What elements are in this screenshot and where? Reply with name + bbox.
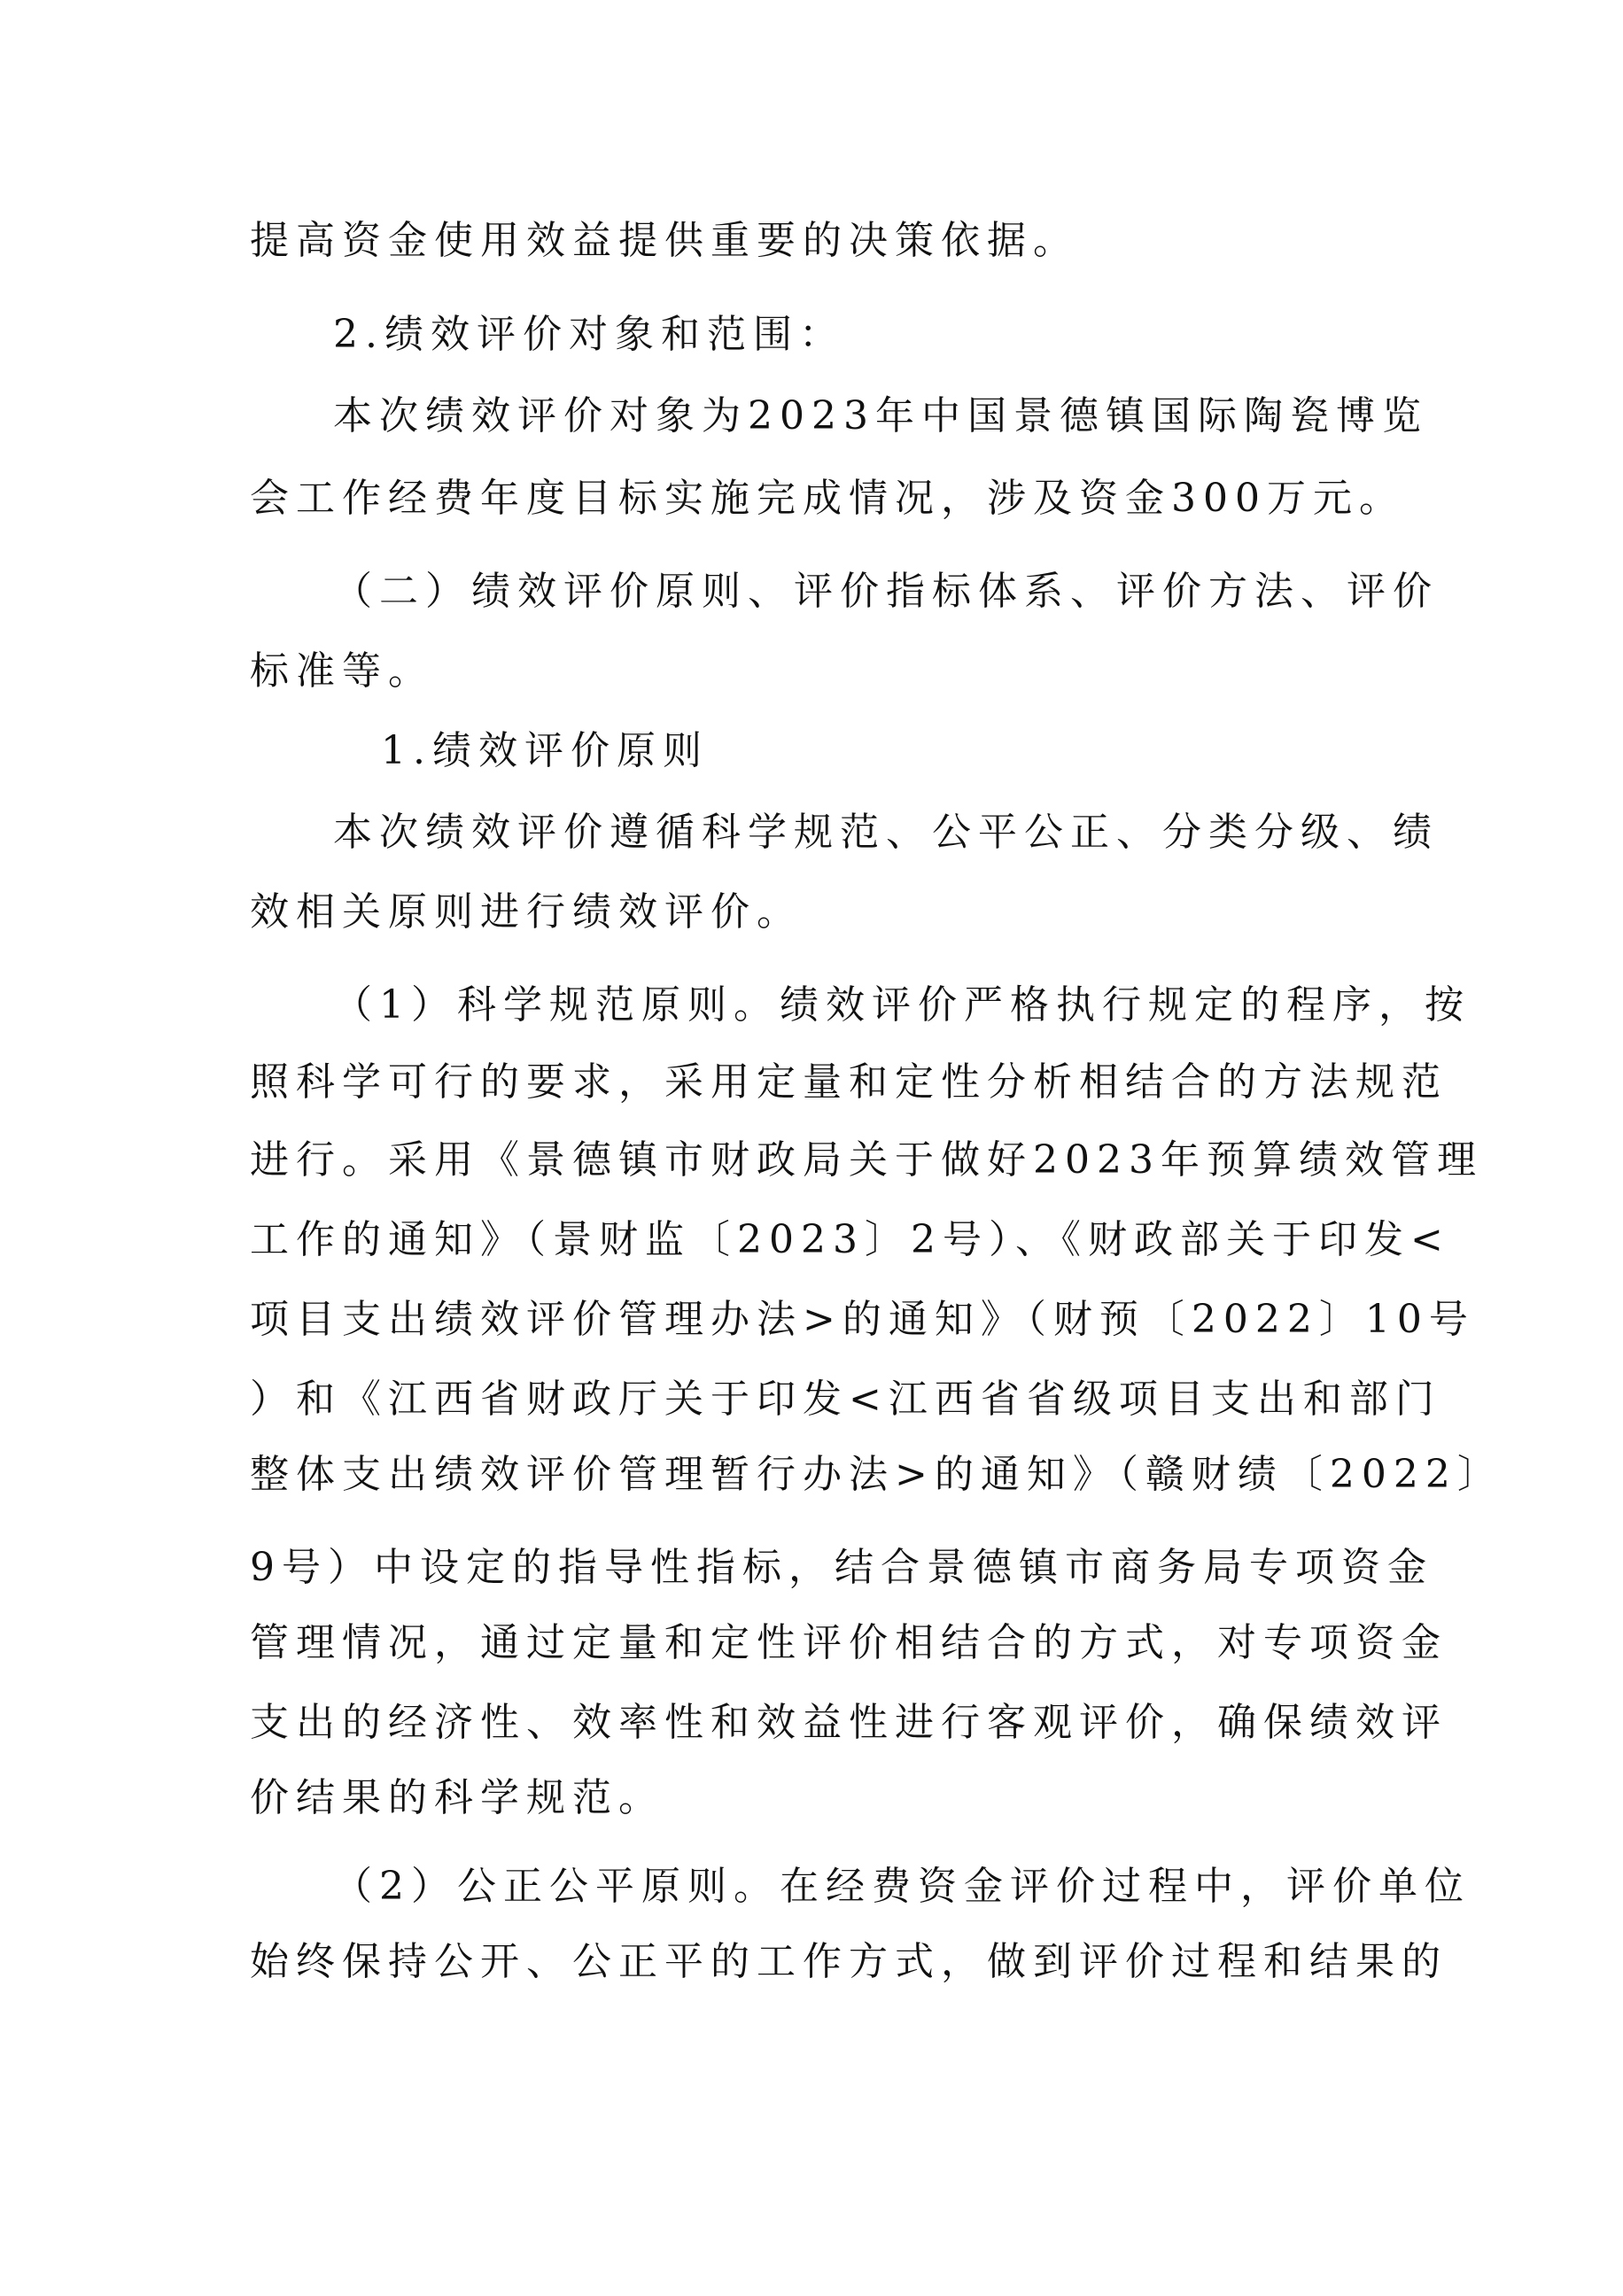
paragraph-start-1: （1）科学规范原则。绩效评价严格执行规定的程序，按 — [333, 982, 1471, 1028]
text-line: 本次绩效评价对象为2023年中国景德镇国际陶瓷博览 — [333, 393, 1428, 439]
section-heading-principles: （二）绩效评价原则、评价指标体系、评价方法、评价 — [333, 569, 1439, 615]
document-page: 提高资金使用效益提供重要的决策依据。 2.绩效评价对象和范围： 本次绩效评价对象… — [0, 0, 1623, 2296]
text-line: 工作的通知》（景财监〔2023〕2号）、《财政部关于印发< — [250, 1217, 1450, 1263]
text-line: 项目支出绩效评价管理办法>的通知》（财预〔2022〕10号 — [250, 1297, 1475, 1343]
text-line: 照科学可行的要求，采用定量和定性分析相结合的方法规范 — [250, 1059, 1448, 1105]
text-line-continuation: 提高资金使用效益提供重要的决策依据。 — [250, 218, 1079, 264]
text-line: ）和《江西省财政厅关于印发<江西省省级项目支出和部门 — [250, 1377, 1441, 1423]
paragraph-start-2: （2）公正公平原则。在经费资金评价过程中，评价单位 — [333, 1864, 1471, 1910]
subsection-heading: 1.绩效评价原则 — [381, 728, 709, 774]
text-line: 支出的经济性、效率性和效益性进行客观评价，确保绩效评 — [250, 1700, 1448, 1746]
text-line: 标准等。 — [250, 648, 434, 694]
text-line: 本次绩效评价遵循科学规范、公平公正、分类分级、绩 — [333, 810, 1439, 856]
text-line: 会工作经费年度目标实施完成情况，涉及资金300万元。 — [250, 476, 1405, 522]
text-line: 效相关原则进行绩效评价。 — [250, 889, 803, 935]
text-line: 进行。采用《景德镇市财政局关于做好2023年预算绩效管理 — [250, 1137, 1483, 1183]
text-line: 始终保持公开、公正平的工作方式，做到评价过程和结果的 — [250, 1939, 1448, 1985]
text-line: 价结果的科学规范。 — [250, 1775, 664, 1821]
text-line: 管理情况，通过定量和定性评价相结合的方式，对专项资金 — [250, 1620, 1448, 1666]
section-heading-scope: 2.绩效评价对象和范围： — [333, 312, 845, 358]
text-line: 9号）中设定的指导性指标，结合景德镇市商务局专项资金 — [250, 1545, 1433, 1591]
text-line: 整体支出绩效评价管理暂行办法>的通知》（赣财绩〔2022〕 — [250, 1452, 1503, 1498]
